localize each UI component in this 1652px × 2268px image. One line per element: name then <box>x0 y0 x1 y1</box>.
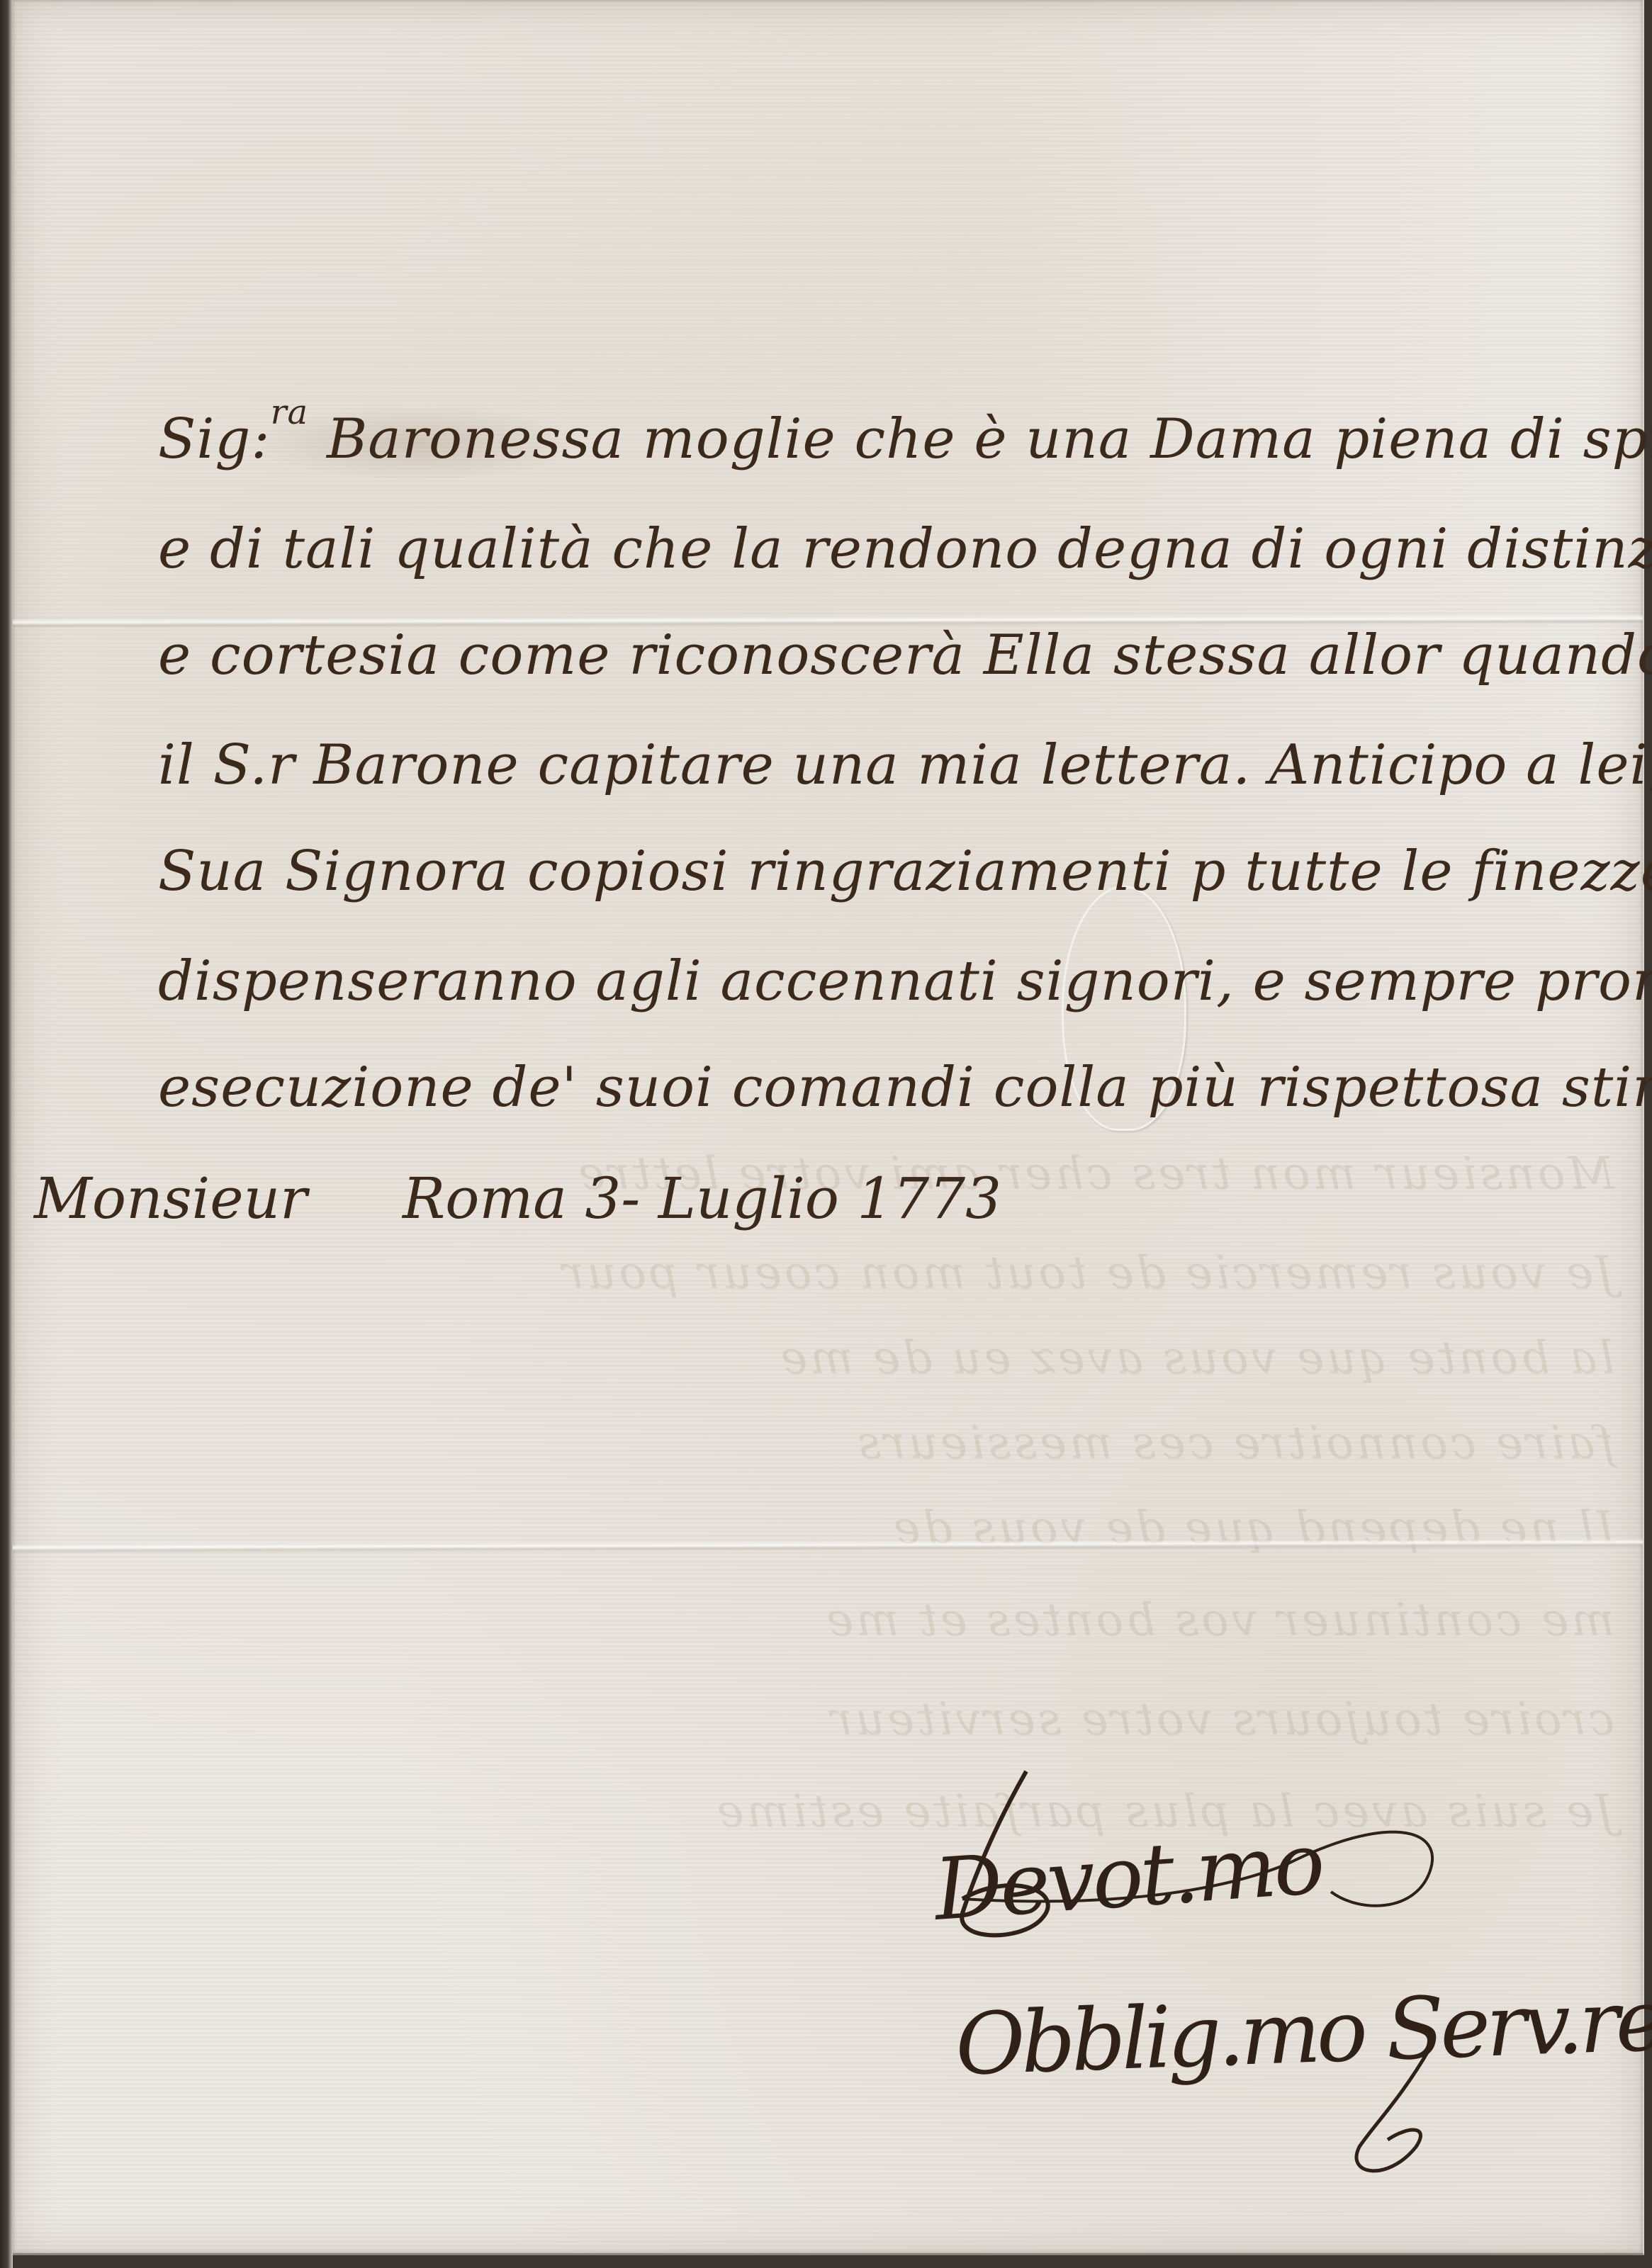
letter-line-3: e cortesia come riconoscerà Ella stessa … <box>158 624 1652 687</box>
line-prefix: Sig: <box>158 407 271 471</box>
place-date: Roma 3- Luglio 1773 <box>403 1166 1001 1231</box>
closing-line: MonsieurRoma 3- Luglio 1773 <box>34 1166 1001 1231</box>
letter-line-6: dispenseranno agli accennati signori, e … <box>158 949 1652 1013</box>
line-text: Baronessa moglie che è una Dama piena di… <box>308 407 1652 471</box>
signature-line-2: Obblig.mo Serv.re <box>954 1972 1652 2095</box>
signature-tail-icon <box>1345 2041 1444 2204</box>
bleed-through-line: croire toujours votre serviteur <box>55 1693 1614 1746</box>
scan-edge <box>0 0 13 2268</box>
letter-line-7: esecuzione de' suoi comandi colla più ri… <box>158 1056 1652 1119</box>
bleed-through-line: me continuer vos bontes et me <box>55 1594 1614 1647</box>
bleed-through-line: faire connoitre ces messieurs <box>55 1417 1614 1469</box>
letter-line-2: e di tali qualità che la rendono degna d… <box>158 517 1652 581</box>
letter-line-4: il S.r Barone capitare una mia lettera. … <box>158 733 1652 797</box>
bleed-through-line: la bonte que vous avez eu de me <box>55 1332 1614 1384</box>
letter-line-1: Sig:ra Baronessa moglie che è una Dama p… <box>158 407 1652 471</box>
letter-line-5: Sua Signora copiosi ringraziamenti p tut… <box>158 840 1652 903</box>
letter-sheet: Monsieur mon tres cher ami votre lettre … <box>13 0 1644 2255</box>
salutation: Monsieur <box>34 1166 403 1231</box>
bleed-through-line: Je vous remercie de tout mon coeur pour <box>55 1247 1614 1299</box>
line-superscript: ra <box>271 393 309 432</box>
